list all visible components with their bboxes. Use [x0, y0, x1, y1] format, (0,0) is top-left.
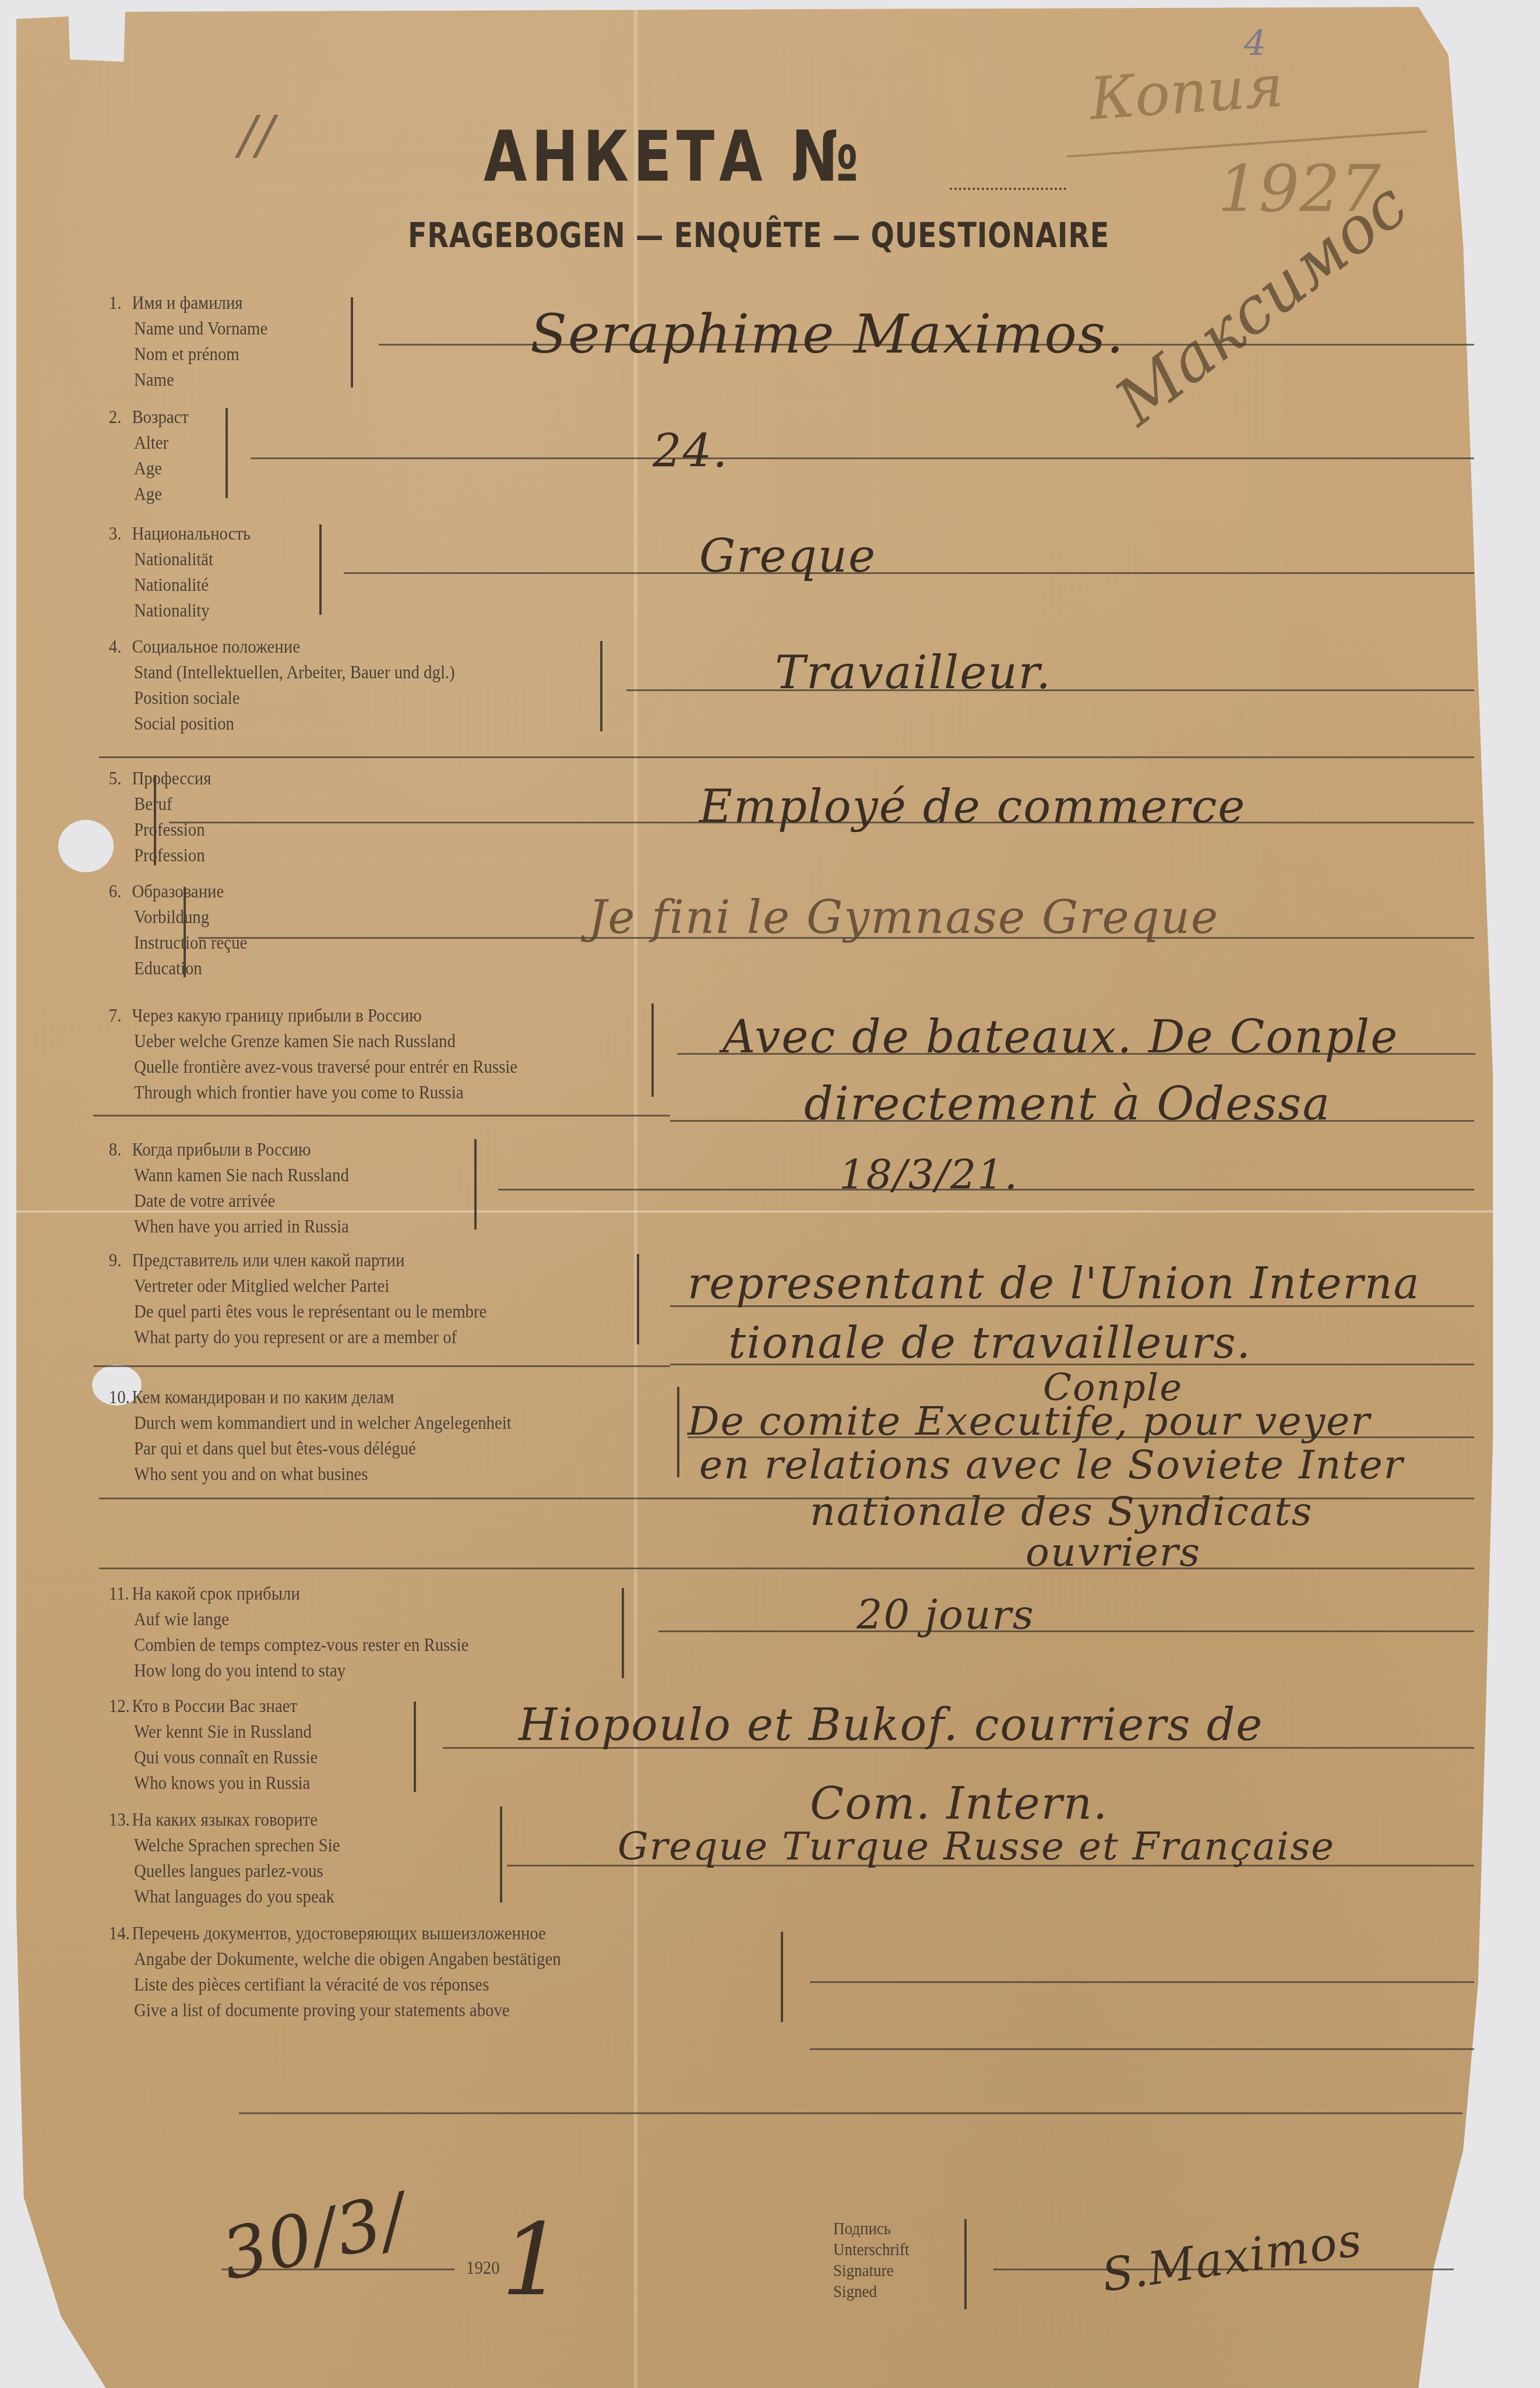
field-label-ru: 4.Социальное положение	[109, 633, 455, 659]
field-label-de: Angabe der Dokumente, welche die obigen …	[134, 1946, 561, 1971]
field-label-en: Social position	[134, 710, 455, 736]
field-label-ru: 1.Имя и фамилия	[109, 290, 267, 315]
field-2-labels: 2.Возраст Alter Age Age	[134, 404, 189, 506]
field-label-de: Nationalität	[134, 546, 251, 572]
field-label-ru: 3.Национальность	[109, 520, 251, 546]
field-label-fr: Instruction reçue	[134, 929, 247, 955]
signature-label-ru: Подпись	[833, 2218, 909, 2239]
field-label-de: Vertreter oder Mitglied welcher Partei	[134, 1273, 487, 1298]
field-divider	[184, 887, 186, 977]
field-11-answer[interactable]: 20 jours	[857, 1591, 1035, 1639]
answer-line[interactable]	[810, 1981, 1474, 1983]
field-label-en: When have you arried in Russia	[134, 1213, 349, 1239]
section-separator	[93, 1365, 670, 1367]
field-label-de: Auf wie lange	[134, 1606, 468, 1632]
field-label-fr: Date de votre arrivée	[134, 1188, 349, 1213]
field-2-answer[interactable]: 24.	[653, 425, 728, 478]
top-left-mark: //	[239, 105, 274, 166]
signature-label-de: Unterschrift	[833, 2239, 909, 2260]
answer-line[interactable]	[658, 1630, 1474, 1632]
field-label-de: Wer kennt Sie in Russland	[134, 1718, 318, 1744]
field-label-de: Durch wem kommandiert und in welcher Ang…	[134, 1410, 512, 1435]
field-label-de: Wann kamen Sie nach Russland	[134, 1162, 349, 1188]
field-8-labels: 8.Когда прибыли в Россию Wann kamen Sie …	[134, 1136, 349, 1239]
signature-label-fr: Signature	[833, 2260, 909, 2281]
field-divider	[637, 1254, 639, 1344]
field-5-labels: 5.Профессия Beruf Profession Profession	[134, 765, 211, 868]
field-11-labels: 11.На какой срок прибыли Auf wie lange C…	[134, 1580, 468, 1683]
field-6-answer[interactable]: Je fini le Gymnase Greque	[588, 892, 1219, 944]
field-9-labels: 9.Представитель или член какой партии Ve…	[134, 1247, 487, 1350]
field-13-labels: 13.На каких языках говорите Welche Sprac…	[134, 1806, 340, 1909]
signature-labels: Подпись Unterschrift Signature Signed	[833, 2218, 909, 2302]
field-label-ru: 7.Через какую границу прибыли в Россию	[109, 1002, 517, 1028]
field-7-answer-line-2[interactable]: directement à Odessa	[804, 1078, 1331, 1130]
field-8-answer[interactable]: 18/3/21.	[839, 1151, 1019, 1199]
field-label-de: Beruf	[134, 791, 211, 816]
field-10-answer-line-1[interactable]: De comite Executife, pour veyer	[688, 1399, 1371, 1445]
field-divider	[414, 1702, 416, 1792]
field-label-fr: Par qui et dans quel but êtes-vous délég…	[134, 1435, 512, 1461]
field-label-fr: Position sociale	[134, 685, 455, 710]
field-12-answer-line-1[interactable]: Hiopoulo et Bukof. courriers de	[519, 1699, 1263, 1751]
field-5-answer[interactable]: Employé de commerce	[699, 781, 1246, 833]
year-printed: 1920	[466, 2257, 500, 2278]
field-label-en: Who knows you in Russia	[134, 1770, 318, 1795]
field-label-en: Through which frontier have you come to …	[134, 1079, 517, 1105]
field-label-ru: 6.Образование	[109, 878, 248, 904]
field-label-de: Ueber welche Grenze kamen Sie nach Russl…	[134, 1028, 517, 1054]
date-line	[221, 2269, 454, 2270]
field-divider	[154, 775, 156, 865]
field-label-en: What party do you represent or are a mem…	[134, 1324, 487, 1350]
field-label-en: Name	[134, 367, 267, 392]
field-4-labels: 4.Социальное положение Stand (Intellektu…	[134, 633, 455, 736]
field-label-fr: De quel parti êtes vous le représentant …	[134, 1298, 487, 1324]
section-separator	[93, 1115, 670, 1116]
field-6-labels: 6.Образование Vorbildung Instruction reç…	[134, 878, 247, 981]
field-label-fr: Nationalité	[134, 572, 251, 597]
field-1-labels: 1.Имя и фамилия Name und Vorname Nom et …	[134, 290, 267, 392]
field-label-fr: Combien de temps comptez-vous rester en …	[134, 1632, 468, 1657]
field-label-ru: 14.Перечень документов, удостоверяющих в…	[109, 1920, 561, 1946]
field-label-fr: Qui vous connaît en Russie	[134, 1744, 318, 1770]
field-label-ru: 10.Кем командирован и по каким делам	[109, 1384, 512, 1410]
field-10-answer-line-4[interactable]: ouvriers	[1026, 1530, 1201, 1576]
field-13-answer[interactable]: Greque Turque Russe et Française	[618, 1824, 1335, 1869]
field-divider	[319, 524, 322, 615]
field-label-de: Name und Vorname	[134, 315, 267, 341]
answer-line[interactable]	[99, 1568, 1474, 1569]
field-7-answer-line-1[interactable]: Avec de bateaux. De Conple	[723, 1011, 1398, 1063]
field-divider	[474, 1139, 477, 1230]
field-label-ru: 5.Профессия	[109, 765, 212, 791]
field-label-ru: 12.Кто в России Вас знает	[109, 1693, 318, 1718]
field-12-labels: 12.Кто в России Вас знает Wer kennt Sie …	[134, 1693, 318, 1795]
field-9-answer-line-2[interactable]: tionale de travailleurs.	[728, 1318, 1252, 1368]
field-divider	[677, 1387, 679, 1477]
field-label-fr: Age	[134, 455, 189, 481]
answer-line[interactable]	[344, 572, 1474, 574]
field-14-labels: 14.Перечень документов, удостоверяющих в…	[134, 1920, 561, 2023]
field-7-labels: 7.Через какую границу прибыли в Россию U…	[134, 1002, 517, 1105]
field-label-en: What languages do you speak	[134, 1883, 340, 1909]
field-3-labels: 3.Национальность Nationalität Nationalit…	[134, 520, 251, 623]
field-4-answer[interactable]: Travailleur.	[775, 647, 1052, 699]
form-number-blank	[950, 188, 1066, 190]
field-label-ru: 9.Представитель или член какой партии	[109, 1247, 487, 1273]
page-subtitle: FRAGEBOGEN — ENQUÊTE — QUESTIONAIRE	[408, 216, 1109, 255]
field-divider	[651, 1003, 654, 1097]
field-label-de: Vorbildung	[134, 904, 247, 929]
field-label-de: Stand (Intellektuellen, Arbeiter, Bauer …	[134, 659, 455, 685]
field-divider	[600, 641, 602, 731]
field-label-fr: Liste des pièces certifiant la véracité …	[134, 1971, 561, 1997]
field-10-answer-line-2[interactable]: en relations avec le Soviete Inter	[699, 1442, 1404, 1488]
field-label-en: Give a list of documente proving your st…	[134, 1997, 561, 2023]
field-label-de: Welche Sprachen sprechen Sie	[134, 1832, 340, 1858]
field-10-answer-line-3[interactable]: nationale des Syndicats	[810, 1489, 1313, 1535]
footer-separator	[239, 2112, 1463, 2114]
field-label-ru: 13.На каких языках говорите	[109, 1806, 340, 1832]
field-label-fr: Quelle frontière avez-vous traversé pour…	[134, 1054, 517, 1079]
punch-hole	[58, 820, 114, 872]
field-label-ru: 8.Когда прибыли в Россию	[109, 1136, 349, 1162]
year-correction: 1	[501, 2203, 565, 2318]
page-title: АНКЕТА №	[484, 117, 863, 198]
field-10-labels: 10.Кем командирован и по каким делам Dur…	[134, 1384, 512, 1487]
field-label-fr: Profession	[134, 816, 211, 842]
field-divider	[622, 1588, 624, 1678]
signature-label-en: Signed	[833, 2281, 909, 2302]
field-label-fr: Quelles langues parlez-vous	[134, 1858, 340, 1883]
pencil-number: 4	[1244, 23, 1266, 64]
answer-line[interactable]	[810, 2048, 1474, 2050]
field-label-en: Education	[134, 955, 247, 981]
section-separator	[99, 756, 1474, 758]
field-divider	[781, 1932, 783, 2022]
signature-divider	[964, 2219, 967, 2309]
field-label-ru: 11.На какой срок прибыли	[109, 1580, 468, 1606]
field-divider	[351, 297, 353, 388]
field-1-answer[interactable]: Seraphime Maximos.	[530, 303, 1125, 365]
answer-line[interactable]	[251, 457, 1474, 459]
field-label-en: Who sent you and on what busines	[134, 1461, 512, 1487]
field-label-en: Profession	[134, 842, 211, 868]
field-divider	[500, 1806, 502, 1903]
field-label-de: Alter	[134, 429, 189, 455]
field-3-answer[interactable]: Greque	[699, 530, 876, 583]
field-label-ru: 2.Возраст	[109, 404, 189, 429]
field-label-en: Age	[134, 481, 189, 506]
field-label-en: How long do you intend to stay	[134, 1657, 468, 1683]
field-12-answer-line-2[interactable]: Com. Intern.	[810, 1777, 1108, 1829]
field-divider	[225, 408, 228, 498]
field-9-answer-line-1[interactable]: representant de l'Union Interna	[688, 1259, 1421, 1309]
field-label-en: Nationality	[134, 597, 251, 623]
field-label-fr: Nom et prénom	[134, 341, 267, 367]
